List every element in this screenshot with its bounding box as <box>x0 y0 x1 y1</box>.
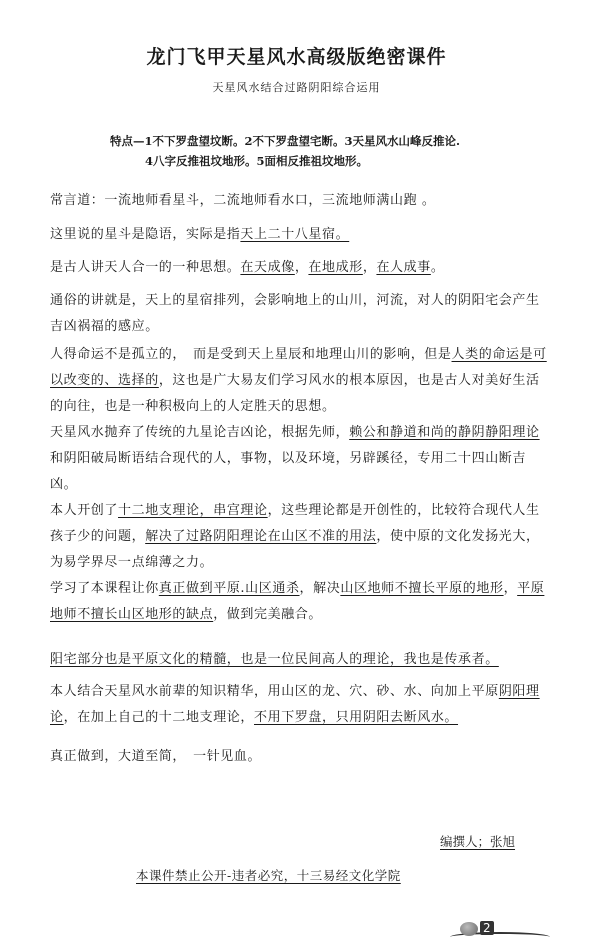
underlined-text: 阳宅部分也是平原文化的精髓，也是一位民间高人的理论，我也是传承者。 <box>50 652 499 667</box>
author-credit: 编撰人；张旭 <box>440 832 515 850</box>
paragraph: 是古人讲天人合一的一种思想。在天成像，在地成形，在人成事。 <box>50 255 550 281</box>
underlined-text: 真正做到平原.山区通杀 <box>159 581 300 596</box>
document-subtitle: 天星风水结合过路阴阳综合运用 <box>0 79 593 95</box>
paragraph: 真正做到，大道至简， 一针见血。 <box>50 744 550 770</box>
text-segment: 这里说的星斗是隐语，实际是指 <box>50 227 240 242</box>
text-segment: 是古人讲天人合一的一种思想。 <box>50 260 240 275</box>
paragraph: 学习了本课程让你真正做到平原.山区通杀，解决山区地师不擅长平原的地形，平原地师不… <box>50 576 550 628</box>
globe-decoration-icon <box>460 922 478 936</box>
underlined-text: 不用下罗盘，只用阴阳去断风水。 <box>254 710 458 725</box>
text-segment: 真正做到，大道至简， 一针见血。 <box>50 749 261 764</box>
text-segment: 和阴阳破局断语结合现代的人，事物，以及环境，另辟蹊径，专用二十四山断吉凶。 <box>50 451 526 492</box>
text-segment: 人得命运不是孤立的， 而是受到天上星辰和地理山川的影响，但是 <box>50 347 452 362</box>
text-segment: ，解决 <box>300 581 341 596</box>
text-segment: ，做到完美融合。 <box>213 607 322 622</box>
text-segment: ， <box>363 260 377 275</box>
paragraph: 人得命运不是孤立的， 而是受到天上星辰和地理山川的影响，但是人类的命运是可以改变… <box>50 342 550 420</box>
features-list: 特点—1不下罗盘望坟断。2不下罗盘望宅断。3天星风水山峰反推论. 4八字反推祖坟… <box>110 131 510 171</box>
text-segment: ， <box>504 581 518 596</box>
paragraph: 这里说的星斗是隐语，实际是指天上二十八星宿。 <box>50 222 550 248</box>
underlined-text: 天上二十八星宿。 <box>240 227 349 242</box>
page-number: 2 <box>480 921 494 935</box>
document-title: 龙门飞甲天星风水高级版绝密课件 <box>0 42 593 69</box>
copyright-footer: 本课件禁止公开-违者必究，十三易经文化学院 <box>136 866 401 884</box>
underlined-text: 赖公和静道和尚的静阴静阳理论 <box>349 425 539 440</box>
text-segment: 通俗的讲就是，天上的星宿排列，会影响地上的山川，河流，对人的阴阳宅会产生吉凶祸福… <box>50 293 540 334</box>
text-segment: 。 <box>431 260 445 275</box>
paragraph: 通俗的讲就是，天上的星宿排列，会影响地上的山川，河流，对人的阴阳宅会产生吉凶祸福… <box>50 288 550 340</box>
paragraph: 本人开创了十二地支理论，串宫理论，这些理论都是开创性的，比较符合现代人生孩子少的… <box>50 498 550 576</box>
underlined-text: 在人成事 <box>376 260 430 275</box>
text-segment: ，在加上自己的十二地支理论， <box>64 710 254 725</box>
text-segment: 本人开创了 <box>50 503 118 518</box>
paragraph: 天星风水抛弃了传统的九星论吉凶论，根据先师，赖公和静道和尚的静阴静阳理论和阴阳破… <box>50 420 550 498</box>
text-segment: 学习了本课程让你 <box>50 581 159 596</box>
features-line-1: 特点—1不下罗盘望坟断。2不下罗盘望宅断。3天星风水山峰反推论. <box>110 131 510 151</box>
underlined-text: 在地成形 <box>308 260 362 275</box>
underlined-text: 十二地支理论，串宫理论 <box>118 503 268 518</box>
text-segment: 天星风水抛弃了传统的九星论吉凶论，根据先师， <box>50 425 349 440</box>
text-segment: ， <box>295 260 309 275</box>
page-number-badge: 2 <box>450 918 550 944</box>
paragraph: 本人结合天星风水前辈的知识精华，用山区的龙、穴、砂、水、向加上平原阴阳理论，在加… <box>50 679 550 731</box>
underlined-text: 在天成像 <box>240 260 294 275</box>
features-line-2: 4八字反推祖坟地形。5面相反推祖坟地形。 <box>110 151 510 171</box>
text-segment: 本人结合天星风水前辈的知识精华，用山区的龙、穴、砂、水、向加上平原 <box>50 684 499 699</box>
paragraph: 阳宅部分也是平原文化的精髓，也是一位民间高人的理论，我也是传承者。 <box>50 647 550 673</box>
underlined-text: 山区地师不擅长平原的地形 <box>340 581 503 596</box>
underlined-text: 解决了过路阴阳理论在山区不准的用法 <box>145 529 376 544</box>
paragraph: 常言道：一流地师看星斗，二流地师看水口，三流地师满山跑 。 <box>50 188 550 214</box>
text-segment: 常言道：一流地师看星斗，二流地师看水口，三流地师满山跑 。 <box>50 193 436 208</box>
